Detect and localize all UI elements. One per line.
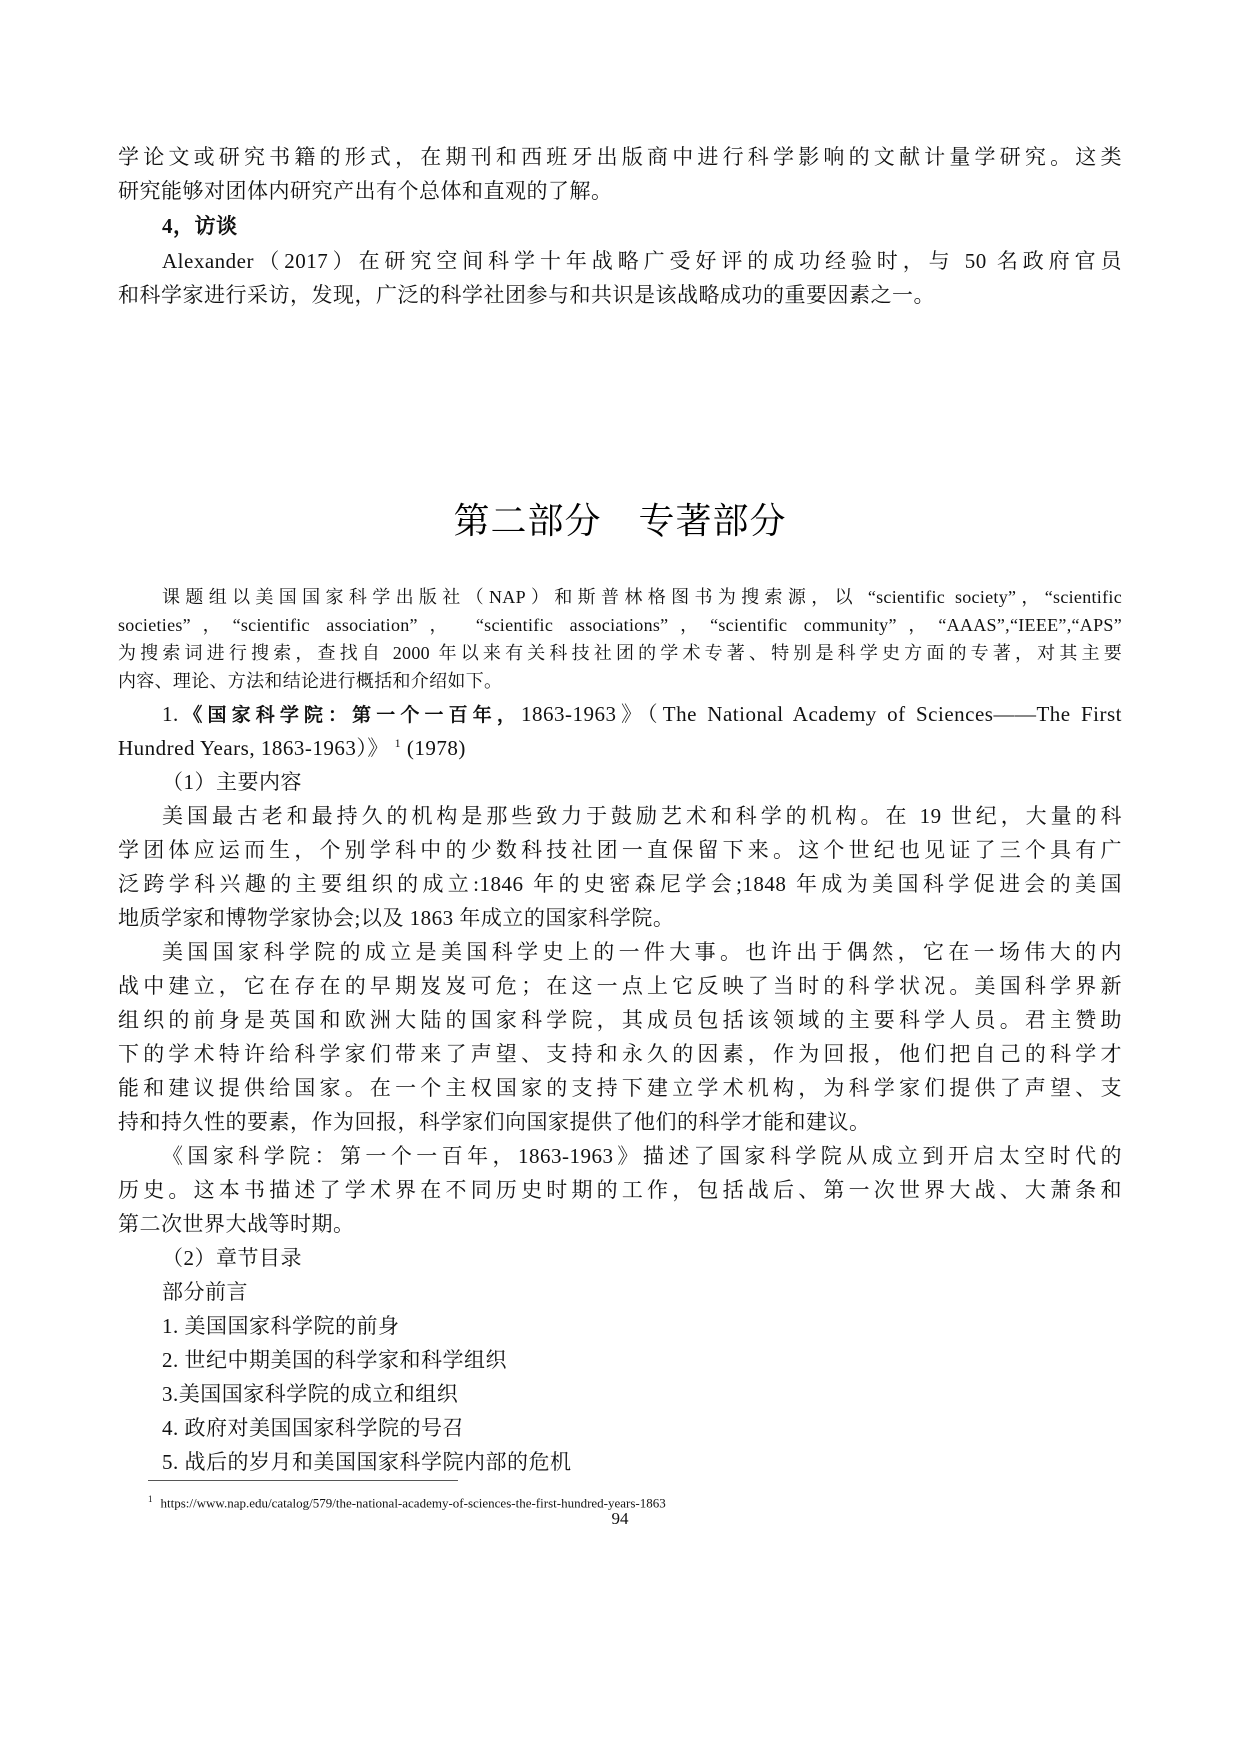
- book-1-title-zh: 《国家科学院：第一个一百年，: [179, 704, 521, 726]
- section-4-line-1: Alexander（2017）在研究空间科学十年战略广受好评的成功经验时，与 5…: [162, 244, 1122, 278]
- section-4-heading: 4，访谈: [162, 209, 1122, 243]
- method-line-3: 为搜索词进行搜索，查找自 2000 年以来有关科技社团的学术专著、特别是科学史方…: [118, 640, 1122, 666]
- para-2-line-6: 持和持久性的要素，作为回报，科学家们向国家提供了他们的科学才能和建议。: [118, 1105, 1122, 1139]
- intro-line-2: 研究能够对团体内研究产出有个总体和直观的了解。: [118, 174, 1122, 208]
- para-2-line-1: 美国国家科学院的成立是美国科学史上的一件大事。也许出于偶然，它在一场伟大的内: [162, 935, 1122, 969]
- chapter-item-3: 3.美国国家科学院的成立和组织: [162, 1377, 1122, 1411]
- subsection-2-heading: （2）章节目录: [162, 1241, 1122, 1275]
- chapter-item-preface: 部分前言: [162, 1275, 1122, 1309]
- para-3-line-3: 第二次世界大战等时期。: [118, 1207, 1122, 1241]
- para-1-line-1: 美国最古老和最持久的机构是那些致力于鼓励艺术和科学的机构。在 19 世纪，大量的…: [162, 799, 1122, 833]
- footnote-mark: 1: [148, 1494, 153, 1504]
- para-3-line-1: 《国家科学院：第一个一百年，1863-1963》描述了国家科学院从成立到开启太空…: [162, 1139, 1122, 1173]
- intro-line-1: 学论文或研究书籍的形式，在期刊和西班牙出版商中进行科学影响的文献计量学研究。这类: [118, 140, 1122, 174]
- chapter-item-4: 4. 政府对美国国家科学院的号召: [162, 1411, 1122, 1445]
- para-1-line-3: 泛跨学科兴趣的主要组织的成立:1846 年的史密森尼学会;1848 年成为美国科…: [118, 867, 1122, 901]
- part-heading: 第二部分 专著部分: [0, 497, 1240, 547]
- para-2-line-3: 组织的前身是英国和欧洲大陆的国家科学院，其成员包括该领域的主要科学人员。君主赞助: [118, 1003, 1122, 1037]
- para-1-line-2: 学团体应运而生，个别学科中的少数科技社团一直保留下来。这个世纪也见证了三个具有广: [118, 833, 1122, 867]
- book-1-number: 1.: [162, 702, 179, 726]
- section-4-line-2: 和科学家进行采访，发现，广泛的科学社团参与和共识是该战略成功的重要因素之一。: [118, 278, 1122, 312]
- para-2-line-5: 能和建议提供给国家。在一个主权国家的支持下建立学术机构，为科学家们提供了声望、支: [118, 1071, 1122, 1105]
- book-1-title-en: （The National Academy of Sciences——The F…: [647, 702, 1122, 726]
- method-line-1: 课题组以美国国家科学出版社（NAP）和斯普林格图书为搜索源，以 “scienti…: [162, 584, 1122, 610]
- subsection-1-heading: （1）主要内容: [162, 765, 1122, 799]
- chapter-item-5: 5. 战后的岁月和美国国家科学院内部的危机: [162, 1445, 1122, 1479]
- book-1-title-line-2: Hundred Years, 1863-1963）》 1 (1978): [118, 731, 1122, 765]
- footnote-divider: [148, 1480, 458, 1481]
- footnote-reference[interactable]: 1: [395, 736, 402, 750]
- para-2-line-2: 战中建立，它在存在的早期岌岌可危；在这一点上它反映了当时的科学状况。美国科学界新: [118, 969, 1122, 1003]
- book-1-title-en-2: Hundred Years, 1863-1963）》: [118, 736, 389, 760]
- para-2-line-4: 下的学术特许给科学家们带来了声望、支持和永久的因素，作为回报，他们把自己的科学才: [118, 1037, 1122, 1071]
- document-page: 学论文或研究书籍的形式，在期刊和西班牙出版商中进行科学影响的文献计量学研究。这类…: [0, 0, 1240, 1753]
- method-line-4: 内容、理论、方法和结论进行概括和介绍如下。: [118, 668, 1122, 694]
- method-line-2: societies”，“scientific association”， “sc…: [118, 612, 1122, 638]
- para-1-line-4: 地质学家和博物学家协会;以及 1863 年成立的国家科学院。: [118, 901, 1122, 935]
- chapter-item-1: 1. 美国国家科学院的前身: [162, 1309, 1122, 1343]
- para-3-line-2: 历史。这本书描述了学术界在不同历史时期的工作，包括战后、第一次世界大战、大萧条和: [118, 1173, 1122, 1207]
- book-1-title-years: 1863-1963》: [521, 702, 647, 726]
- book-1-title-line-1: 1.《国家科学院：第一个一百年，1863-1963》（The National …: [162, 697, 1122, 732]
- chapter-item-2: 2. 世纪中期美国的科学家和科学组织: [162, 1343, 1122, 1377]
- book-1-year: (1978): [407, 736, 466, 760]
- page-number: 94: [0, 1508, 1240, 1530]
